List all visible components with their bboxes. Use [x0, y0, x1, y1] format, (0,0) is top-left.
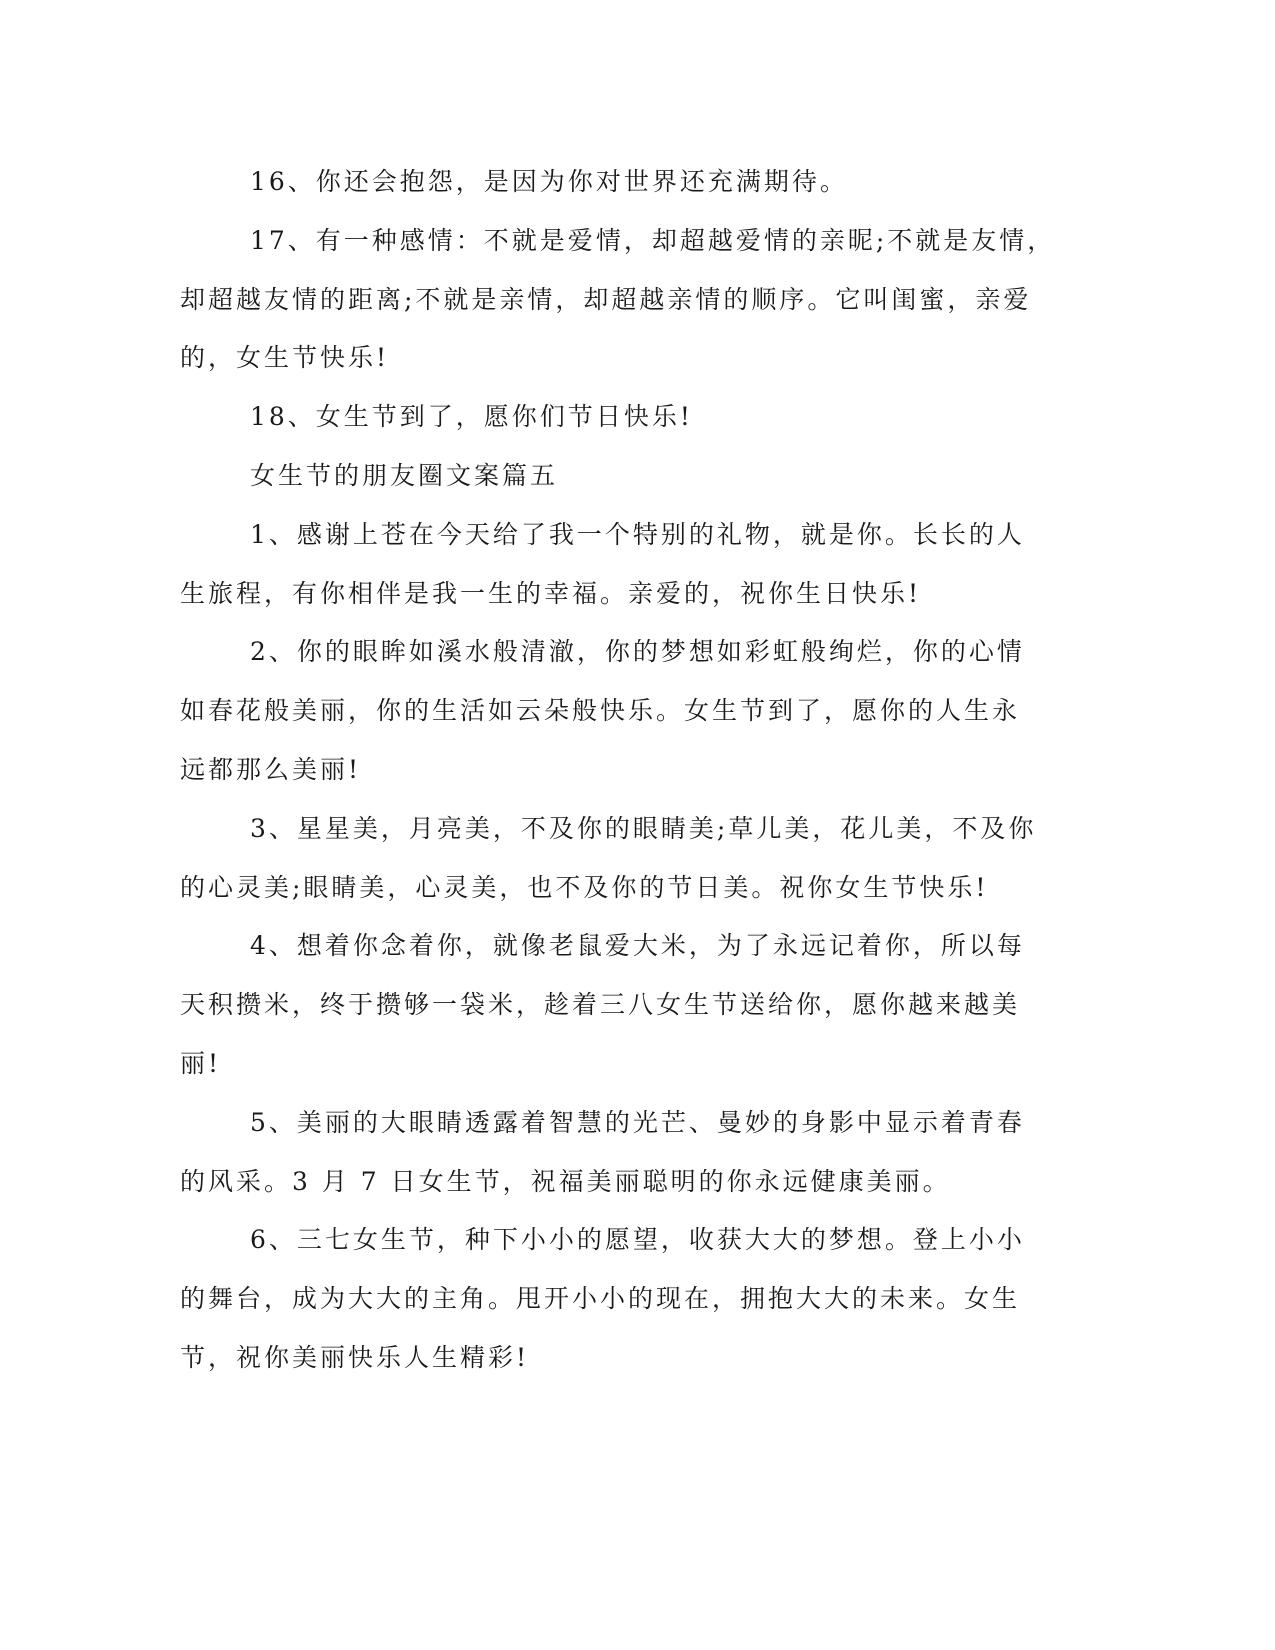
paragraph-line: 5、美丽的大眼睛透露着智慧的光芒、曼妙的身影中显示着青春	[180, 1099, 1020, 1158]
paragraph-line: 却超越友情的距离;不就是亲情，却超越亲情的顺序。它叫闺蜜，亲爱	[180, 276, 1020, 335]
paragraph-line: 节，祝你美丽快乐人生精彩!	[180, 1334, 1020, 1393]
paragraph-line: 的舞台，成为大大的主角。甩开小小的现在，拥抱大大的未来。女生	[180, 1275, 1020, 1334]
paragraph-line: 17、有一种感情：不就是爱情，却超越爱情的亲昵;不就是友情，	[180, 217, 1020, 276]
paragraph-line: 3、星星美，月亮美，不及你的眼睛美;草儿美，花儿美，不及你	[180, 805, 1020, 864]
paragraph-line: 4、想着你念着你，就像老鼠爱大米，为了永远记着你，所以每	[180, 922, 1020, 981]
paragraph-line: 18、女生节到了，愿你们节日快乐!	[180, 393, 1020, 452]
paragraph-line: 的，女生节快乐!	[180, 334, 1020, 393]
paragraph-line: 1、感谢上苍在今天给了我一个特别的礼物，就是你。长长的人	[180, 511, 1020, 570]
paragraph-line: 16、你还会抱怨，是因为你对世界还充满期待。	[180, 158, 1020, 217]
paragraph-line: 如春花般美丽，你的生活如云朵般快乐。女生节到了，愿你的人生永	[180, 687, 1020, 746]
paragraph-line: 2、你的眼眸如溪水般清澈，你的梦想如彩虹般绚烂，你的心情	[180, 628, 1020, 687]
paragraph-line: 远都那么美丽!	[180, 746, 1020, 805]
paragraph-line: 的风采。3 月 7 日女生节，祝福美丽聪明的你永远健康美丽。	[180, 1158, 1020, 1217]
document-page: 16、你还会抱怨，是因为你对世界还充满期待。 17、有一种感情：不就是爱情，却超…	[180, 158, 1020, 1393]
paragraph-line: 的心灵美;眼睛美，心灵美，也不及你的节日美。祝你女生节快乐!	[180, 864, 1020, 923]
paragraph-line: 丽!	[180, 1040, 1020, 1099]
paragraph-line: 天积攒米，终于攒够一袋米，趁着三八女生节送给你，愿你越来越美	[180, 981, 1020, 1040]
paragraph-line: 6、三七女生节，种下小小的愿望，收获大大的梦想。登上小小	[180, 1216, 1020, 1275]
section-heading: 女生节的朋友圈文案篇五	[180, 452, 1020, 511]
paragraph-line: 生旅程，有你相伴是我一生的幸福。亲爱的，祝你生日快乐!	[180, 570, 1020, 629]
